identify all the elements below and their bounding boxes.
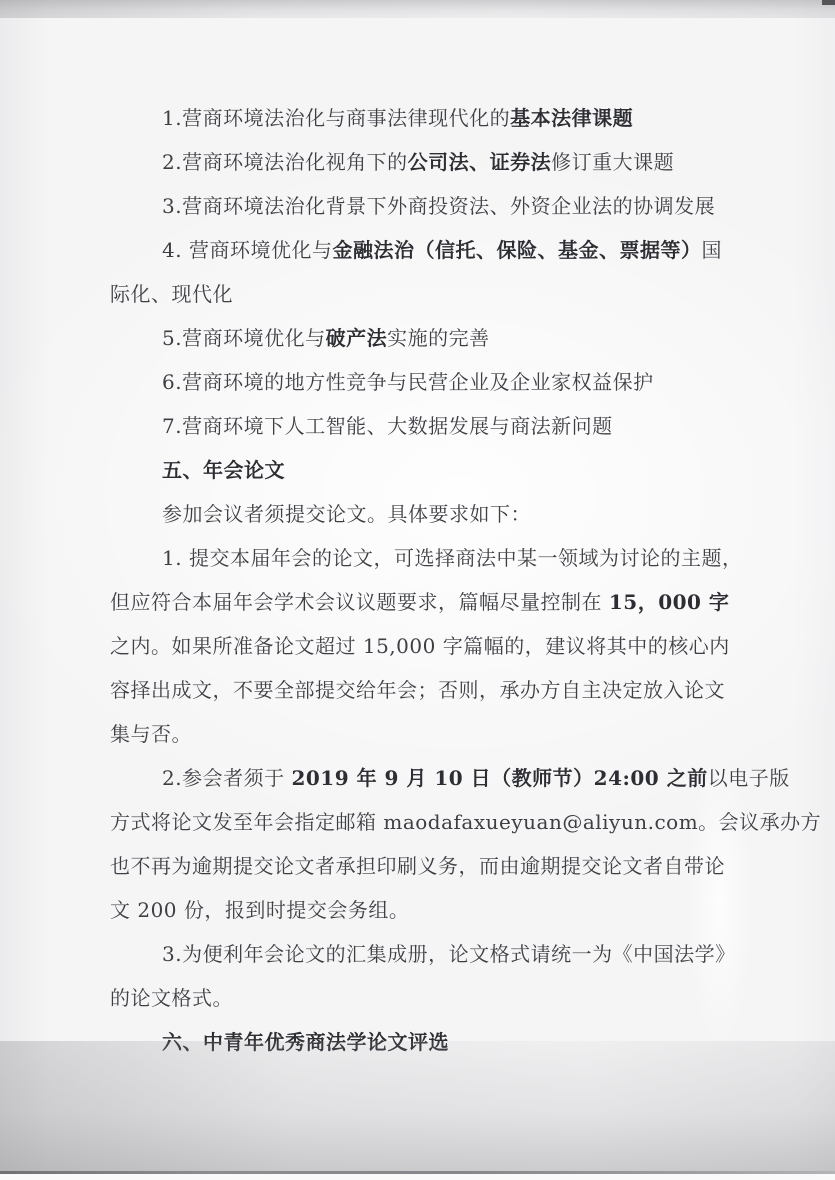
- text-segment: 的论文格式。: [110, 986, 233, 1010]
- text-segment: 之内。如果所准备论文超过 15,000 字篇幅的，建议将其中的核心内: [110, 634, 730, 658]
- paragraph-line: 容择出成文，不要全部提交给年会；否则，承办方自主决定放入论文: [110, 668, 735, 712]
- text-segment: 修订重大课题: [551, 150, 674, 174]
- text-segment: 6.营商环境的地方性竞争与民营企业及企业家权益保护: [162, 370, 654, 394]
- text-segment: 2.参会者须于: [162, 766, 291, 790]
- paragraph-first-line: 5.营商环境优化与破产法实施的完善: [110, 316, 735, 360]
- text-segment: 参加会议者须提交论文。具体要求如下：: [162, 502, 531, 526]
- paragraph-first-line: 1.营商环境法治化与商事法律现代化的基本法律课题: [110, 96, 735, 140]
- text-segment: 1. 提交本届年会的论文，可选择商法中某一领域为讨论的主题，: [162, 546, 742, 570]
- text-segment: 以电子版: [708, 766, 790, 790]
- paragraph-line: 也不再为逾期提交论文者承担印刷义务，而由逾期提交论文者自带论: [110, 844, 735, 888]
- paragraph-first-line: 参加会议者须提交论文。具体要求如下：: [110, 492, 735, 536]
- emphasized-text: 15，000 字: [609, 590, 730, 614]
- paragraph-line: 方式将论文发至年会指定邮箱 maodafaxueyuan@aliyun.com。…: [110, 800, 735, 844]
- section-heading: 五、年会论文: [110, 448, 735, 492]
- text-segment: 际化、现代化: [110, 282, 233, 306]
- paragraph-line: 但应符合本届年会学术会议议题要求，篇幅尽量控制在 15，000 字: [110, 580, 735, 624]
- text-segment: 文 200 份，报到时提交会务组。: [110, 898, 409, 922]
- text-segment: 国: [701, 238, 722, 262]
- text-segment: 实施的完善: [387, 326, 490, 350]
- paragraph-first-line: 3.营商环境法治化背景下外商投资法、外资企业法的协调发展: [110, 184, 735, 228]
- paragraph-line: 际化、现代化: [110, 272, 735, 316]
- text-segment: 2.营商环境法治化视角下的: [162, 150, 408, 174]
- paragraph-first-line: 1. 提交本届年会的论文，可选择商法中某一领域为讨论的主题，: [110, 536, 735, 580]
- scan-bottom-shadow: [0, 1041, 835, 1171]
- paragraph-line: 文 200 份，报到时提交会务组。: [110, 888, 735, 932]
- text-segment: 5.营商环境优化与: [162, 326, 326, 350]
- emphasized-text: 2019 年 9 月 10 日（教师节）24:00 之前: [291, 766, 707, 790]
- paragraph-first-line: 6.营商环境的地方性竞争与民营企业及企业家权益保护: [110, 360, 735, 404]
- document-text-block: 1.营商环境法治化与商事法律现代化的基本法律课题2.营商环境法治化视角下的公司法…: [110, 96, 735, 1064]
- emphasized-text: 基本法律课题: [510, 106, 633, 130]
- text-segment: 方式将论文发至年会指定邮箱 maodafaxueyuan@aliyun.com。…: [110, 810, 821, 834]
- paragraph-first-line: 2.参会者须于 2019 年 9 月 10 日（教师节）24:00 之前以电子版: [110, 756, 735, 800]
- scan-corner-artifact: [822, 0, 835, 5]
- emphasized-text: 公司法、证券法: [408, 150, 552, 174]
- paragraph-line: 之内。如果所准备论文超过 15,000 字篇幅的，建议将其中的核心内: [110, 624, 735, 668]
- paragraph-line: 的论文格式。: [110, 976, 735, 1020]
- paragraph-line: 集与否。: [110, 712, 735, 756]
- paragraph-first-line: 2.营商环境法治化视角下的公司法、证券法修订重大课题: [110, 140, 735, 184]
- text-segment: 3.营商环境法治化背景下外商投资法、外资企业法的协调发展: [162, 194, 715, 218]
- paragraph-first-line: 4. 营商环境优化与金融法治（信托、保险、基金、票据等）国: [110, 228, 735, 272]
- paragraph-first-line: 3.为便利年会论文的汇集成册，论文格式请统一为《中国法学》: [110, 932, 735, 976]
- text-segment: 集与否。: [110, 722, 192, 746]
- paragraph-first-line: 7.营商环境下人工智能、大数据发展与商法新问题: [110, 404, 735, 448]
- text-segment: 7.营商环境下人工智能、大数据发展与商法新问题: [162, 414, 613, 438]
- text-segment: 也不再为逾期提交论文者承担印刷义务，而由逾期提交论文者自带论: [110, 854, 725, 878]
- scan-top-edge-shadow: [0, 0, 835, 18]
- text-segment: 容择出成文，不要全部提交给年会；否则，承办方自主决定放入论文: [110, 678, 725, 702]
- text-segment: 3.为便利年会论文的汇集成册，论文格式请统一为《中国法学》: [162, 942, 736, 966]
- text-segment: 1.营商环境法治化与商事法律现代化的: [162, 106, 510, 130]
- emphasized-text: 五、年会论文: [162, 458, 285, 482]
- scanned-document-page: 1.营商环境法治化与商事法律现代化的基本法律课题2.营商环境法治化视角下的公司法…: [0, 0, 835, 1180]
- scan-bottom-strip: [0, 1174, 835, 1180]
- emphasized-text: 金融法治（信托、保险、基金、票据等）: [332, 238, 701, 262]
- emphasized-text: 破产法: [326, 326, 388, 350]
- text-segment: 4. 营商环境优化与: [162, 238, 332, 262]
- text-segment: 但应符合本届年会学术会议议题要求，篇幅尽量控制在: [110, 590, 609, 614]
